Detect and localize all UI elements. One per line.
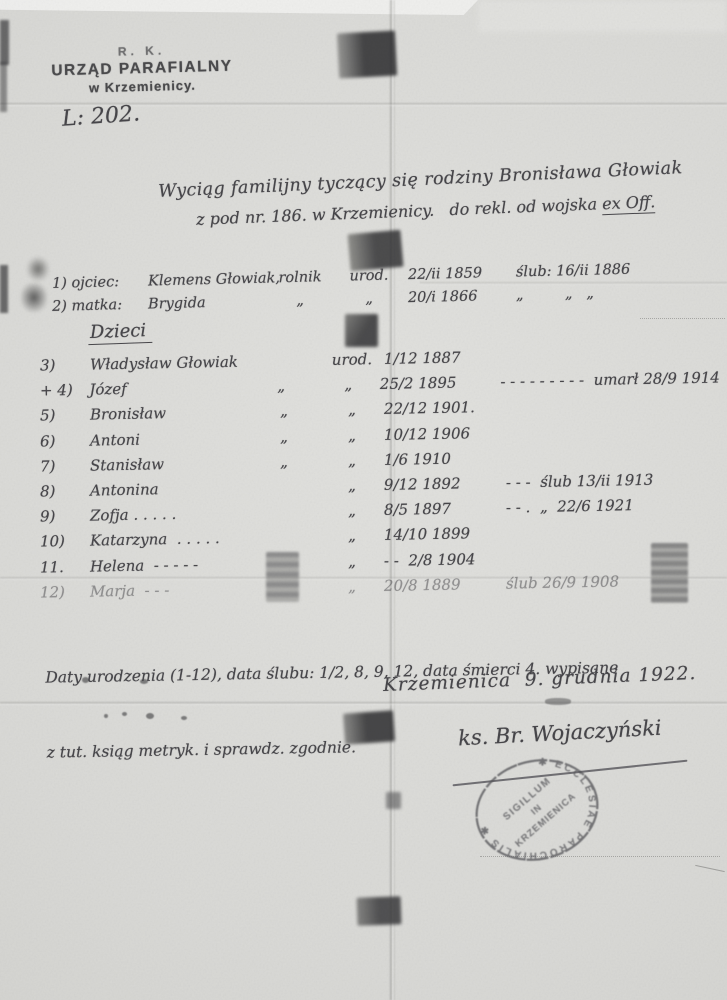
marriage-ditto-marks: „ „ „ bbox=[516, 283, 692, 303]
parent-name: Brygida bbox=[148, 293, 270, 312]
birth-date: 1/12 1887 bbox=[384, 348, 506, 368]
child-name: Zofja . . . . . bbox=[90, 504, 248, 525]
birth-date: 14/10 1899 bbox=[384, 524, 506, 544]
child-name: Helena - - - - - bbox=[90, 554, 248, 575]
birth-date: 8/5 1897 bbox=[384, 499, 506, 519]
ditto-mark bbox=[248, 365, 320, 366]
ink-blot bbox=[27, 257, 49, 281]
ditto-mark: „ bbox=[320, 451, 384, 470]
birth-date: 20/8 1889 bbox=[384, 574, 506, 594]
birth-date: 20/i 1866 bbox=[408, 287, 516, 306]
ditto-mark: urod. bbox=[320, 350, 384, 369]
ink-blot bbox=[21, 283, 47, 312]
ditto-mark: „ bbox=[248, 452, 320, 471]
ink-blot bbox=[345, 314, 378, 347]
birth-date: 1/6 1910 bbox=[384, 448, 506, 468]
child-name: Józef bbox=[89, 378, 245, 399]
children-list: 3) Władysław Głowiak urod. 1/12 1887 + 4… bbox=[40, 350, 720, 602]
parish-office-stamp: R. K. URZĄD PARAFIALNY w Krzemienicy. bbox=[35, 41, 248, 97]
parent-number-label: 2) matka: bbox=[52, 296, 148, 314]
child-number: 6) bbox=[40, 431, 90, 450]
annotation: - - . „ 22/6 1921 bbox=[506, 495, 720, 517]
annotation: - - - - - - - - - umarł 28/9 1914 bbox=[500, 369, 720, 391]
child-number: 7) bbox=[40, 456, 90, 475]
ditto-mark: „ bbox=[270, 292, 330, 309]
child-number: + 4) bbox=[40, 381, 90, 400]
annotation bbox=[506, 357, 720, 361]
title-line2-underlined: ex Off. bbox=[602, 192, 656, 215]
ditto-mark bbox=[248, 541, 320, 542]
child-number: 11. bbox=[40, 557, 90, 576]
birth-date: 22/ii 1859 bbox=[408, 264, 516, 283]
child-name: Marja - - - bbox=[90, 579, 248, 600]
paper-top-edge bbox=[0, 0, 478, 15]
ditto-mark: „ bbox=[316, 375, 380, 394]
ditto-mark: „ bbox=[320, 526, 384, 545]
seal-center-line2: IN bbox=[529, 802, 544, 817]
ditto-mark: „ bbox=[320, 476, 384, 495]
annotation: - - - ślub 13/ii 1913 bbox=[506, 469, 720, 491]
ditto-mark: „ bbox=[320, 577, 384, 596]
ink-blot bbox=[347, 230, 403, 271]
child-number: 3) bbox=[40, 356, 90, 375]
ditto-mark: „ bbox=[248, 402, 320, 421]
child-number: 8) bbox=[40, 482, 90, 501]
paper-edge-shadow bbox=[0, 265, 8, 313]
ditto-mark bbox=[248, 592, 320, 593]
birth-date: 10/12 1906 bbox=[384, 423, 506, 443]
scanned-document-page: R. K. URZĄD PARAFIALNY w Krzemienicy. L:… bbox=[0, 0, 727, 1000]
fold-dash-marks bbox=[640, 318, 725, 319]
ditto-mark: „ bbox=[245, 376, 316, 395]
ink-blot bbox=[357, 896, 402, 926]
ditto-mark: „ bbox=[330, 290, 408, 308]
children-section-heading: Dzieci bbox=[88, 320, 153, 345]
paper-edge-shadow bbox=[0, 62, 7, 112]
child-name: Antoni bbox=[90, 428, 248, 449]
birth-date: 9/12 1892 bbox=[384, 474, 506, 494]
ditto-mark: „ bbox=[320, 551, 384, 570]
birth-date: - - 2/8 1904 bbox=[384, 549, 506, 569]
ditto-mark: „ bbox=[248, 427, 320, 446]
birth-date: 22/12 1901. bbox=[384, 398, 506, 418]
parent-name: Klemens Głowiak, bbox=[148, 270, 270, 289]
annotation: ślub 26/9 1908 bbox=[506, 570, 720, 592]
paper-crack bbox=[695, 865, 725, 872]
child-name: Bronisław bbox=[90, 403, 248, 424]
parent-number-label: 1) ojciec: bbox=[52, 273, 148, 291]
paper-edge-shadow bbox=[0, 20, 9, 65]
child-name: Katarzyna . . . . . bbox=[90, 529, 248, 550]
child-number: 5) bbox=[40, 406, 90, 425]
born-label: urod. bbox=[330, 267, 408, 285]
annotation bbox=[506, 534, 720, 538]
paper-light-area bbox=[478, 0, 727, 32]
ditto-mark bbox=[248, 491, 320, 492]
title-line2-text: z pod nr. 186. w Krzemienicy. do rekl. o… bbox=[196, 194, 603, 229]
child-name: Władysław Głowiak bbox=[90, 353, 248, 374]
marriage-date: ślub: 16/ii 1886 bbox=[516, 260, 692, 280]
child-name: Stanisław bbox=[90, 453, 248, 474]
child-number: 10) bbox=[40, 532, 90, 551]
parent-occupation: rolnik bbox=[270, 269, 330, 286]
document-title-line2: z pod nr. 186. w Krzemienicy. do rekl. o… bbox=[196, 192, 656, 229]
ditto-mark: „ bbox=[320, 400, 384, 419]
birth-date: 25/2 1895 bbox=[380, 373, 501, 393]
ditto-mark: „ bbox=[320, 425, 384, 444]
ink-blot bbox=[337, 31, 397, 79]
ditto-mark bbox=[248, 567, 320, 568]
ditto-mark bbox=[248, 516, 320, 517]
ditto-mark: „ bbox=[320, 501, 384, 520]
annotation bbox=[506, 408, 720, 412]
child-number: 12) bbox=[40, 582, 90, 601]
annotation bbox=[506, 458, 720, 462]
reference-number: L: 202. bbox=[61, 101, 141, 131]
annotation bbox=[506, 433, 720, 437]
child-name: Antonina bbox=[90, 478, 248, 499]
child-number: 9) bbox=[40, 507, 90, 526]
annotation bbox=[506, 559, 720, 563]
